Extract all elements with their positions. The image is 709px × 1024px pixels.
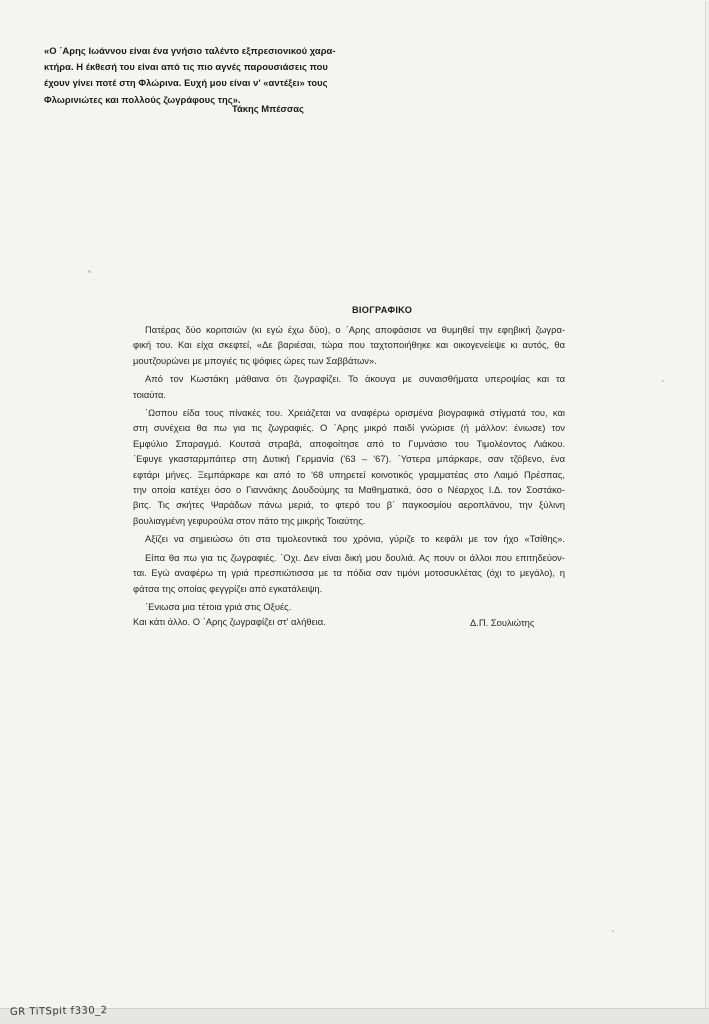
quote-line: κτήρα. Η έκθεσή του είναι από τις πιο αγ… (44, 59, 364, 75)
bio-line: ΄Εφυγε γκασταρμπάιτερ στη Δυτική Γερμανί… (133, 451, 565, 466)
bio-line: στη συνέχεια θα πω για τις ζωγραφιές. Ο … (133, 420, 565, 435)
bio-line: Είπα θα πω για τις ζωγραφιές. ΄Οχι. Δεν … (133, 550, 565, 565)
paper-speck (88, 270, 91, 273)
bio-line: μουτζουρώνει με μπογιές τις ψόφιες ώρες … (133, 353, 565, 368)
bio-line: Από τον Κωστάκη μάθαινα ότι ζωγραφίζει. … (133, 371, 565, 386)
paper-speck (662, 380, 664, 382)
quote-line: «Ο ΄Αρης Ιωάννου είναι ένα γνήσιο ταλέντ… (44, 43, 364, 59)
bio-line: ΄Ωσπου είδα τους πίνακές του. Χρειάζεται… (133, 405, 565, 420)
bio-line: ΄Ενιωσα μια τέτοια γριά στις Οξυές. (133, 599, 565, 614)
bio-line: βουλιαγμένη γεφυρούλα στον πάτο της μικρ… (133, 513, 565, 528)
quote-line: Φλωρινιώτες και πολλούς ζωγράφους της». (44, 92, 364, 108)
bio-line: ται. Εγώ αναφέρω τη γριά πρεσπιώτισσα με… (133, 565, 565, 580)
bio-line: φική του. Και είχα σκεφτεί, «Δε βαριέσαι… (133, 337, 565, 352)
biography-body: Πατέρας δύο κοριτσιών (κι εγώ έχω δύο), … (133, 322, 565, 630)
bio-line: Αξίζει να σημειώσω ότι στα τιμολεοντικά … (133, 531, 565, 546)
bio-line: Πατέρας δύο κοριτσιών (κι εγώ έχω δύο), … (133, 322, 565, 337)
bio-line: φάτσα της οποίας φεγγρίζει από εγκατάλει… (133, 581, 565, 596)
bio-line: βιτς. Τις σκήτες Ψαράδων πάνω μεριά, το … (133, 497, 565, 512)
bio-line: τοιαύτα. (133, 387, 565, 402)
document-page: «Ο ΄Αρης Ιωάννου είναι ένα γνήσιο ταλέντ… (0, 0, 705, 1010)
quote-author: Τάκης Μπέσσας (232, 103, 304, 114)
biography-title: ΒΙΟΓΡΑΦΙΚΟ (352, 305, 412, 315)
bio-line: την οποία κατέχει όσο ο Γιαννάκης Δουδού… (133, 482, 565, 497)
signature: Δ.Π. Σουλιώτης (470, 617, 534, 628)
bio-line: εφτάρι μήνες. Ξεμπάρκαρε και από το '68 … (133, 467, 565, 482)
archive-mark: GR TiTSpit f330_2 (10, 1005, 108, 1018)
paper-speck (612, 930, 614, 932)
quote-line: έχουν γίνει ποτέ στη Φλώρινα. Ευχή μου ε… (44, 75, 364, 91)
bio-line: Εμφύλιο Σπαραγμό. Κουτσά στραβά, αποφοίτ… (133, 436, 565, 451)
quote-block: «Ο ΄Αρης Ιωάννου είναι ένα γνήσιο ταλέντ… (44, 43, 364, 108)
